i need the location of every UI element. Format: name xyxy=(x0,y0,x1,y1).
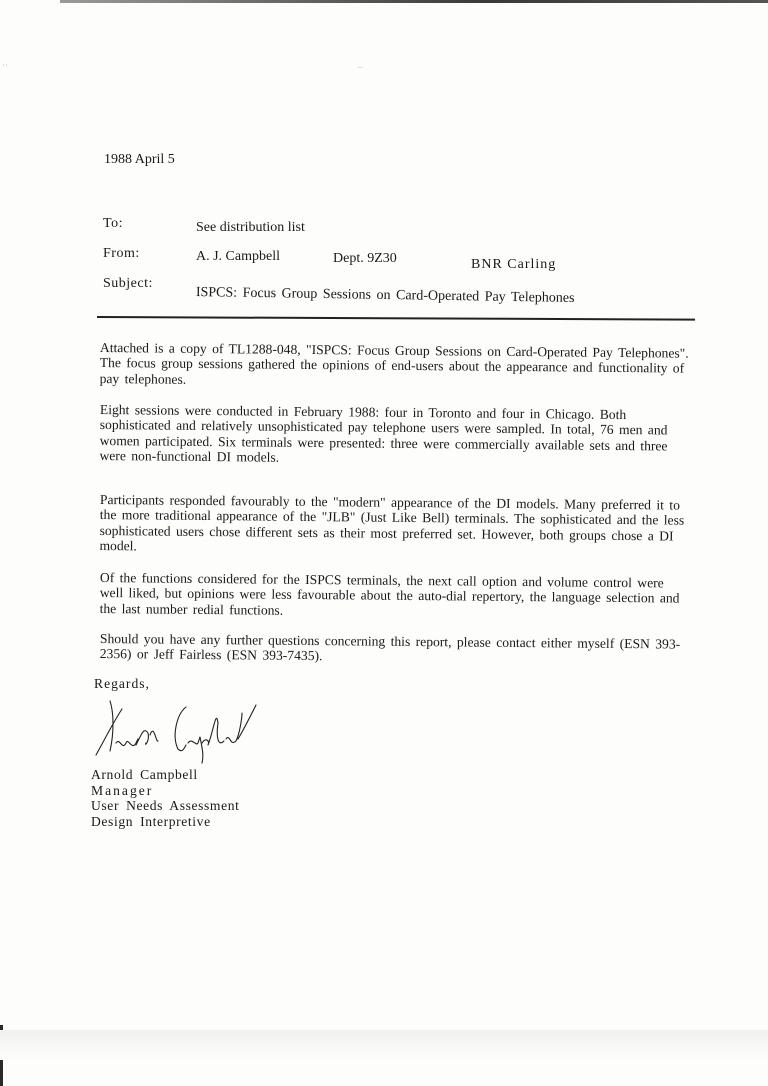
signatory-name: Arnold Campbell xyxy=(91,767,239,783)
from-label: From: xyxy=(103,246,140,262)
from-dept: Dept. 9Z30 xyxy=(333,251,397,267)
scan-bottom-shadow xyxy=(0,1030,768,1060)
body-paragraph: Of the functions considered for the ISPC… xyxy=(100,570,692,622)
to-label: To: xyxy=(103,216,123,232)
body-paragraph: Eight sessions were conducted in Februar… xyxy=(99,402,692,469)
signatory-group: Design Interpretive xyxy=(91,814,239,830)
header-divider xyxy=(97,316,695,321)
closing: Regards, xyxy=(94,676,150,692)
scan-speck: ·· xyxy=(2,60,8,70)
scanned-memo-page: ·· – 1988 April 5 To: See distribution l… xyxy=(0,0,768,1086)
body-paragraph: Participants responded favourably to the… xyxy=(99,492,692,559)
signatory-department: User Needs Assessment xyxy=(91,798,239,814)
body-paragraph: Should you have any further questions co… xyxy=(100,631,692,667)
signatory-title: Manager xyxy=(91,783,239,799)
body-paragraph: Attached is a copy of TL1288-048, "ISPCS… xyxy=(100,340,692,392)
to-value: See distribution list xyxy=(196,220,305,236)
signature-block: Arnold Campbell Manager User Needs Asses… xyxy=(91,767,239,829)
scan-speck: – xyxy=(358,62,363,72)
subject-label: Subject: xyxy=(103,276,153,292)
from-location: BNR Carling xyxy=(471,257,556,273)
memo-date: 1988 April 5 xyxy=(104,152,175,168)
handwritten-signature-icon xyxy=(92,693,272,765)
from-name: A. J. Campbell xyxy=(196,249,280,265)
subject-value: ISPCS: Focus Group Sessions on Card-Oper… xyxy=(196,285,575,307)
scan-top-edge xyxy=(60,0,768,3)
